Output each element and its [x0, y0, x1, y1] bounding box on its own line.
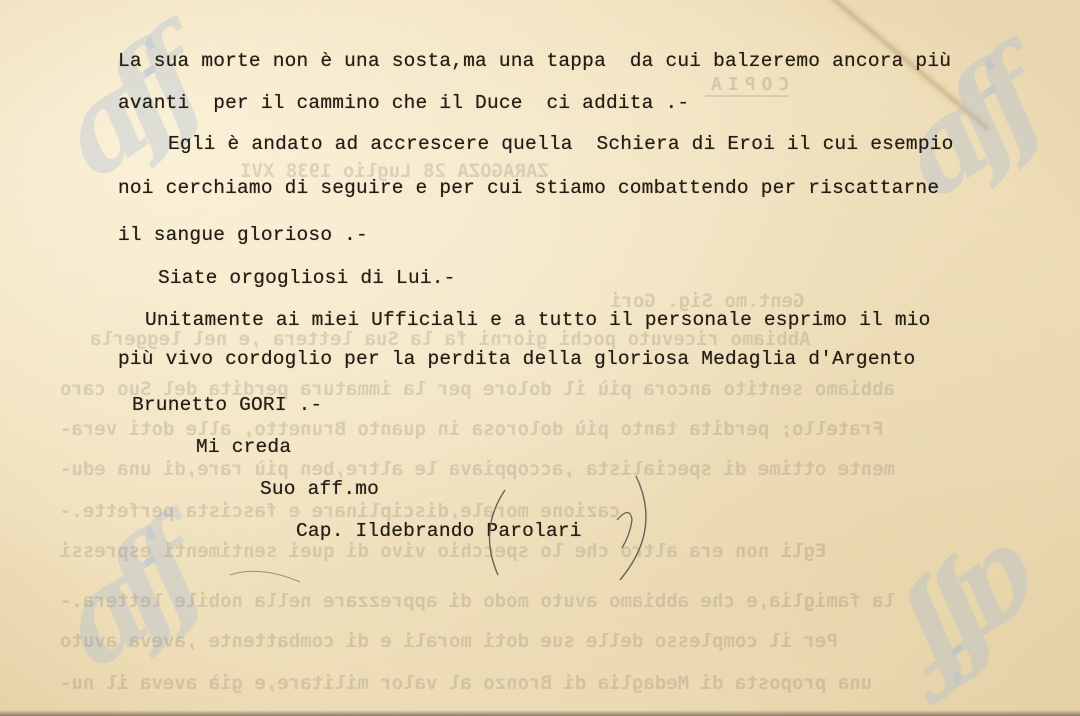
bleed-through-line: la famiglia,e che abbiamo avuto modo di …	[60, 590, 895, 612]
letter-body-line: Unitamente ai miei Ufficiali e a tutto i…	[145, 309, 931, 331]
letter-body-line: La sua morte non è una sosta,ma una tapp…	[118, 50, 951, 72]
bleed-through-line: una proposta di Medaglia di Bronzo al va…	[60, 672, 872, 694]
signature: Cap. Ildebrando Parolari	[296, 520, 582, 542]
bleed-through-line: cazione morale,disciplinare e fascista p…	[60, 500, 621, 522]
letter-body-line: noi cerchiamo di seguire e per cui stiam…	[118, 177, 939, 199]
letter-body-line: Siate orgogliosi di Lui.-	[158, 267, 456, 289]
bleed-through-line: mente ottime di specialista ,accoppiava …	[60, 458, 895, 480]
closing-line: Suo aff.mo	[260, 478, 379, 500]
recipient-name: Brunetto GORI .-	[132, 394, 322, 416]
letter-page: aff aff aff aff COPIA ZARAGOZA 28 Luglio…	[0, 0, 1080, 716]
paper-bottom-edge	[0, 710, 1080, 716]
letter-body-line: il sangue glorioso .-	[118, 224, 368, 246]
bleed-through-stamp: COPIA	[705, 74, 789, 97]
letter-body-line: avanti per il cammino che il Duce ci add…	[118, 92, 689, 114]
watermark-monogram-icon: aff	[891, 516, 1076, 704]
bleed-through-line: Per il complesso delle sue doti morali e…	[60, 630, 838, 652]
letter-body-line: più vivo cordoglio per la perdita della …	[118, 348, 915, 370]
bleed-through-line: Abbiamo ricevuto pochi giorni fa la Sua …	[90, 328, 811, 350]
closing-line: Mi creda	[196, 436, 291, 458]
bleed-through-line: Fratello; perdita tanto più dolorosa in …	[60, 418, 884, 440]
bleed-through-line: Egli non era altro che lo specchio vivo …	[60, 540, 826, 562]
letter-body-line: Egli è andato ad accrescere quella Schie…	[168, 133, 954, 155]
